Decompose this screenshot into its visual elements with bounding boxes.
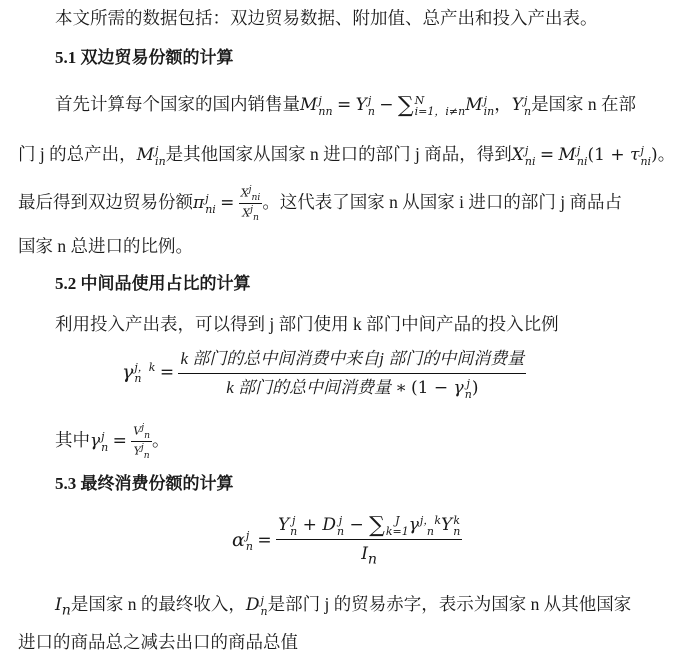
text: 是其他国家从国家 n 进口的部门 j 商品，得到 (166, 144, 512, 164)
paragraph-5-2-where: 其中γjn = Vjn Yjn 。 (55, 420, 169, 462)
math-sum: ∑Ni=1，i≠n (398, 95, 465, 115)
math-gamma-n: γjn (90, 431, 108, 451)
math-eq: = (160, 363, 174, 383)
text: 。 (658, 144, 676, 164)
math-M-in: Mjin (465, 95, 494, 115)
section-heading-5-1: 5.1 双边贸易份额的计算 (55, 46, 234, 70)
text: 利用投入产出表，可以得到 j 部门使用 k 部门中间产品的投入比例 (55, 314, 559, 334)
math-tau-ni: τjni (630, 145, 651, 165)
math-I-n: In (55, 595, 71, 615)
math-fraction-V-Y: Vjn Yjn (131, 422, 152, 463)
section-heading-5-3: 5.3 最终消费份额的计算 (55, 472, 234, 496)
math-eq: = (337, 95, 351, 115)
comma: ， (494, 94, 512, 114)
fraction-numerator: k 部门的总中间消费中来自j 部门的中间消费量 (178, 345, 526, 373)
math-alpha-n: αjn (232, 529, 253, 551)
text: 。这代表了国家 n 从国家 i 进口的部门 j 商品占 (262, 192, 622, 212)
paragraph-5-1-line-4: 国家 n 总进口的比例。 (18, 234, 193, 258)
text: 进口的商品总之减去出口的商品总值 (18, 632, 298, 652)
text: 是国家 n 在部 (531, 94, 636, 114)
math-eq: = (220, 193, 234, 213)
math-Y-n: Yjn (356, 95, 375, 115)
text: 其中 (55, 430, 90, 450)
heading-text: 5.3 最终消费份额的计算 (55, 474, 234, 493)
math-D-n: Djn (246, 595, 268, 615)
text: 。 (152, 430, 170, 450)
text: 是国家 n 的最终收入， (71, 594, 246, 614)
paragraph-5-2-line-1: 利用投入产出表，可以得到 j 部门使用 k 部门中间产品的投入比例 (55, 312, 559, 336)
text: 首先计算每个国家的国内销售量 (55, 94, 300, 114)
math-paren: ) (651, 145, 658, 165)
math-fraction: Yjn + Djn − ∑Jk=1γj，knYkn In (276, 510, 462, 573)
math-M-ni: Mjni (559, 145, 588, 165)
math-Y-n-2: Yjn (512, 95, 531, 115)
math-eq: = (540, 145, 554, 165)
text: 门 j 的总产出， (18, 144, 137, 164)
paragraph-5-1-line-2: 门 j 的总产出，Mjin是其他国家从国家 n 进口的部门 j 商品，得到Xjn… (18, 142, 675, 167)
math-fraction: k 部门的总中间消费中来自j 部门的中间消费量 k 部门的总中间消费量 ∗ (1… (178, 345, 526, 402)
math-fraction-X: Xjni Xjn (239, 184, 263, 225)
paragraph-5-3-line-2: 进口的商品总之减去出口的商品总值 (18, 630, 298, 654)
text: 最后得到双边贸易份额 (18, 192, 193, 212)
fraction-denominator: k 部门的总中间消费量 ∗ (1 − γjn) (178, 374, 526, 402)
math-paren: (1 + (588, 145, 631, 165)
math-X-ni: Xjni (512, 145, 536, 165)
intro-paragraph: 本文所需的数据包括：双边贸易数据、附加值、总产出和投入产出表。 (55, 6, 598, 30)
text: 是部门 j 的贸易赤字，表示为国家 n 从其他国家 (268, 594, 632, 614)
math-gamma-n-jk: γj，kn (122, 361, 155, 383)
math-pi-ni: πjni (193, 193, 216, 213)
paragraph-5-1-line-1: 首先计算每个国家的国内销售量Mjnn = Yjn − ∑Ni=1，i≠nMjin… (55, 92, 636, 117)
math-M-nn: Mjnn (300, 95, 333, 115)
formula-gamma-jk: γj，kn = k 部门的总中间消费中来自j 部门的中间消费量 k 部门的总中间… (122, 345, 526, 402)
formula-alpha: αjn = Yjn + Djn − ∑Jk=1γj，knYkn In (232, 510, 462, 573)
fraction-denominator: In (276, 540, 462, 573)
math-minus: − (379, 95, 393, 115)
paragraph-5-1-line-3: 最后得到双边贸易份额πjni = Xjni Xjn 。这代表了国家 n 从国家 … (18, 182, 622, 224)
paragraph-5-3-line-1: In是国家 n 的最终收入，Djn是部门 j 的贸易赤字，表示为国家 n 从其他… (55, 592, 631, 622)
math-eq: = (113, 431, 127, 451)
math-M-in: Mjin (137, 145, 166, 165)
heading-text: 5.1 双边贸易份额的计算 (55, 48, 234, 67)
heading-text: 5.2 中间品使用占比的计算 (55, 274, 251, 293)
section-heading-5-2: 5.2 中间品使用占比的计算 (55, 272, 251, 296)
fraction-numerator: Yjn + Djn − ∑Jk=1γj，knYkn (276, 510, 462, 539)
intro-text: 本文所需的数据包括：双边贸易数据、附加值、总产出和投入产出表。 (55, 8, 598, 28)
math-eq: = (257, 531, 271, 551)
text: 国家 n 总进口的比例。 (18, 236, 193, 256)
